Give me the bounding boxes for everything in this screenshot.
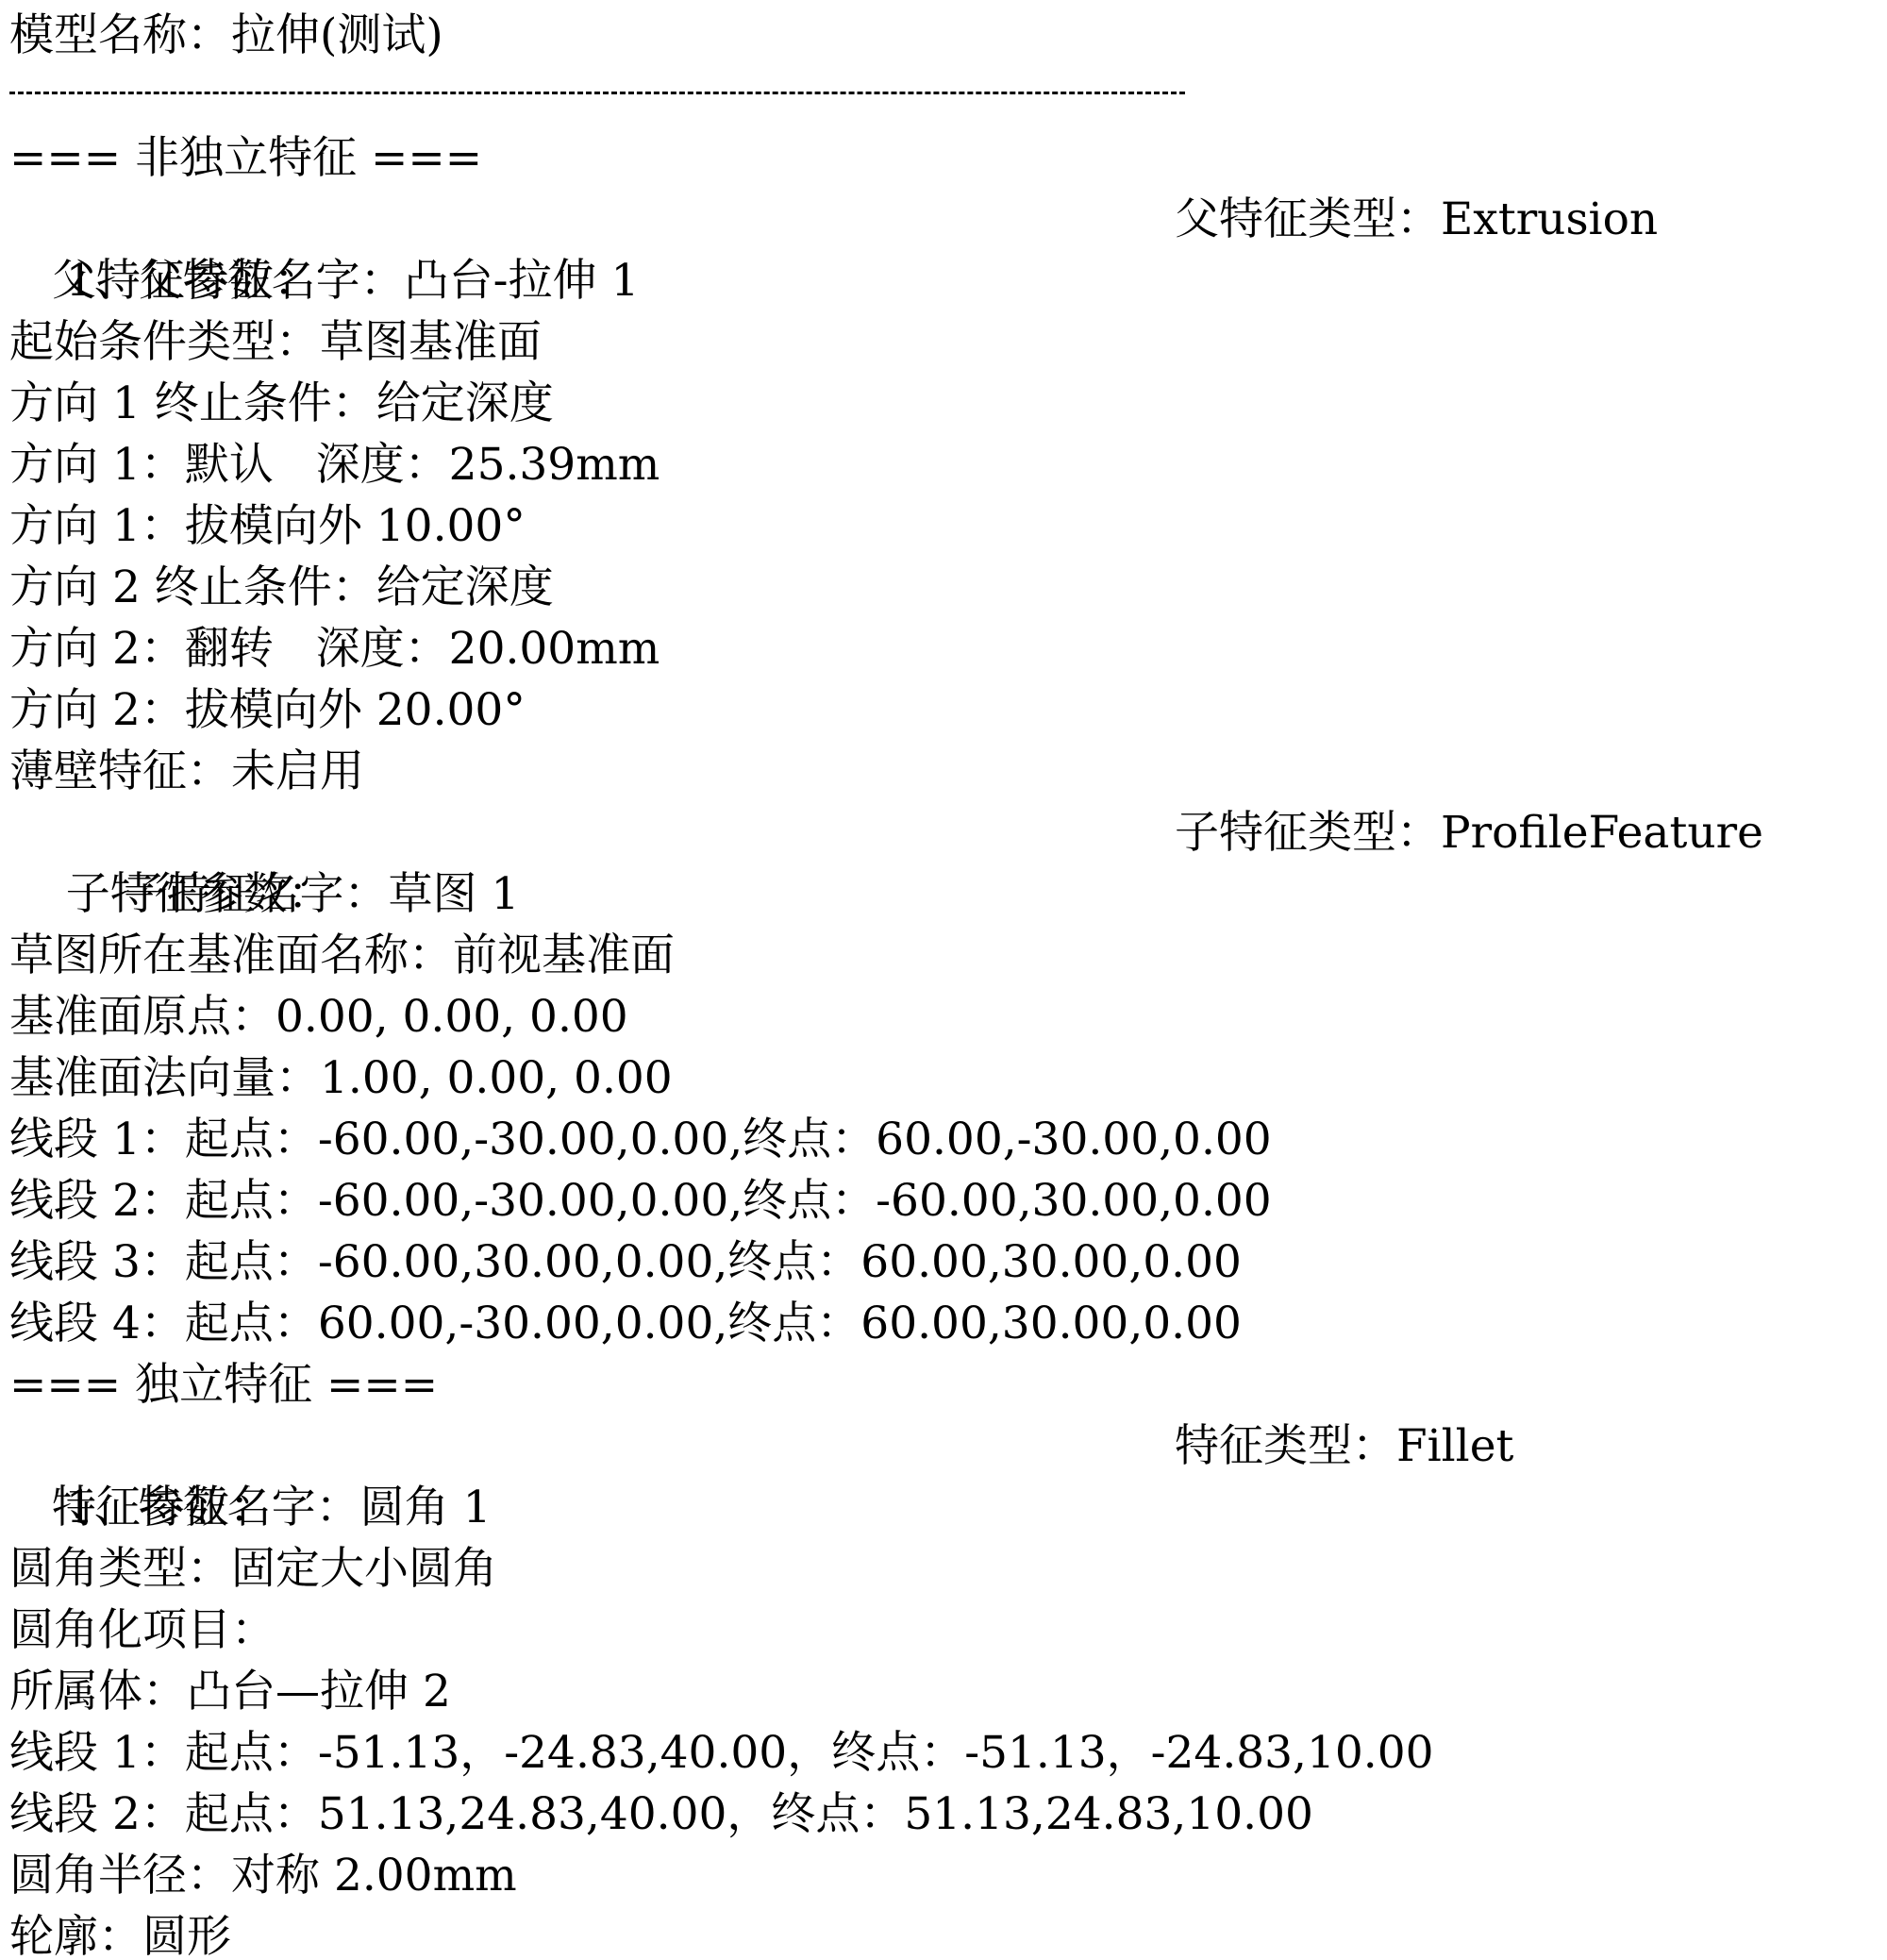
child-params-label: 子特征参数：: [9, 863, 332, 925]
feature-params-label: 特征参数：: [9, 1477, 274, 1538]
parent-param: 方向 2：拔模向外 20.00°: [9, 679, 526, 741]
parent-param: 方向 2 终止条件：给定深度: [9, 557, 554, 618]
feature-param: 所属体：凸台—拉伸 2: [9, 1661, 451, 1722]
feature-row: 1、特征名字：圆角 1 特征类型：Fillet: [9, 1416, 1878, 1477]
child-feature-type: 子特征类型：ProfileFeature: [1175, 802, 1763, 863]
child-param: 基准面法向量：1.00, 0.00, 0.00: [9, 1047, 673, 1109]
separator-line: [9, 92, 1185, 94]
feature-param: 圆角类型：固定大小圆角: [9, 1538, 497, 1600]
parent-param: 方向 2：翻转 深度：20.00mm: [9, 618, 660, 679]
feature-param: 圆角化项目：: [9, 1600, 276, 1661]
model-name: 模型名称：拉伸(测试): [9, 5, 443, 66]
parent-feature-type: 父特征类型：Extrusion: [1175, 189, 1658, 250]
section-header-independent: === 独立特征 ===: [9, 1354, 438, 1416]
feature-param: 线段 2：起点：51.13,24.83,40.00，终点：51.13,24.83…: [9, 1784, 1313, 1845]
parent-param: 起始条件类型：草图基准面: [9, 311, 542, 373]
child-feature-row: 子特征名字：草图 1 子特征类型：ProfileFeature: [9, 802, 1878, 863]
child-param: 线段 2：起点：-60.00,-30.00,0.00,终点：-60.00,30.…: [9, 1170, 1272, 1231]
parent-feature-row: 1、父特征名字：凸台-拉伸 1 父特征类型：Extrusion: [9, 189, 1878, 250]
parent-param: 薄壁特征：未启用: [9, 741, 364, 802]
child-param: 线段 3：起点：-60.00,30.00,0.00,终点：60.00,30.00…: [9, 1231, 1242, 1293]
child-param: 线段 4：起点：60.00,-30.00,0.00,终点：60.00,30.00…: [9, 1293, 1242, 1354]
feature-param: 圆角半径：对称 2.00mm: [9, 1845, 517, 1906]
section-header-dependent: === 非独立特征 ===: [9, 127, 482, 189]
feature-param: 轮廓：圆形: [9, 1906, 231, 1960]
feature-type: 特征类型：Fillet: [1175, 1416, 1513, 1477]
feature-param: 线段 1：起点：-51.13，-24.83,40.00，终点：-51.13，-2…: [9, 1722, 1434, 1784]
child-param: 基准面原点：0.00, 0.00, 0.00: [9, 986, 628, 1047]
parent-param: 方向 1：拔模向外 10.00°: [9, 495, 526, 557]
child-param: 线段 1：起点：-60.00,-30.00,0.00,终点：60.00,-30.…: [9, 1109, 1272, 1170]
parent-param: 方向 1：默认 深度：25.39mm: [9, 434, 660, 495]
child-param: 草图所在基准面名称：前视基准面: [9, 925, 675, 986]
parent-params-label: 父特征参数：: [9, 250, 318, 311]
parent-param: 方向 1 终止条件：给定深度: [9, 373, 554, 434]
